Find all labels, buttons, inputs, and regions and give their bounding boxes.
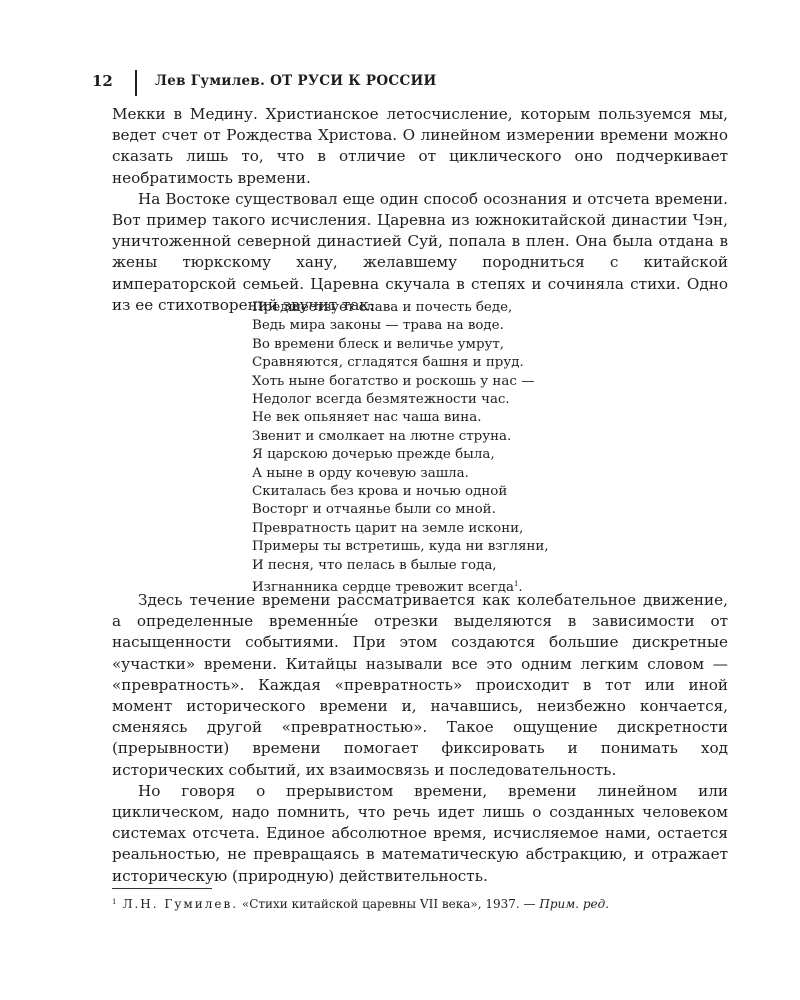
footnote-text: «Стихи китайской царевны VII века», 1937… [242,897,536,911]
paragraph-3: Здесь течение времени рассматривается ка… [112,590,728,781]
body-text-bottom: Здесь течение времени рассматривается ка… [112,590,728,887]
body-text-top: Мекки в Медину. Христианское летосчислен… [112,104,728,316]
running-head: 12 Лев Гумилев. ОТ РУСИ К РОССИИ [92,70,732,94]
poem-line: Недолог всегда безмятежности час. [252,391,612,409]
poem-line: И песня, что пелась в былые года, [252,557,612,575]
poem-line: Хоть ныне богатство и роскошь у нас — [252,373,612,391]
paragraph-4: Но говоря о прерывистом времени, времени… [112,781,728,887]
poem-line: Ведь мира законы — трава на воде. [252,317,612,335]
poem-line: Сравняются, сгладятся башня и пруд. [252,354,612,372]
paragraph-1: Мекки в Медину. Христианское летосчислен… [112,104,728,189]
footnote: 1Л.Н. Гумилев. «Стихи китайской царевны … [112,897,609,911]
poem-line: Я царскою дочерью прежде была, [252,446,612,464]
poem-line: Восторг и отчаянье были со мной. [252,501,612,519]
footnote-divider [112,888,212,889]
poem: Предшествует слава и почесть беде, Ведь … [252,299,612,598]
header-divider [135,70,137,96]
poem-line: А ныне в орду кочевую зашла. [252,465,612,483]
poem-line: Предшествует слава и почесть беде, [252,299,612,317]
poem-line: Во времени блеск и величье умрут, [252,336,612,354]
poem-line: Скиталась без крова и ночью одной [252,483,612,501]
footnote-editor-note: Прим. ред. [539,897,609,911]
running-title: Лев Гумилев. ОТ РУСИ К РОССИИ [155,73,437,89]
footnote-author: Л.Н. Гумилев. [122,897,238,911]
poem-line: Примеры ты встретишь, куда ни взгляни, [252,538,612,556]
page-number: 12 [92,72,113,90]
poem-line: Звенит и смолкает на лютне струна. [252,428,612,446]
footnote-marker: 1 [112,898,116,906]
paragraph-2: На Востоке существовал еще один способ о… [112,189,728,316]
poem-line: Превратность царит на земле искони, [252,520,612,538]
poem-line: Не век опьяняет нас чаша вина. [252,409,612,427]
